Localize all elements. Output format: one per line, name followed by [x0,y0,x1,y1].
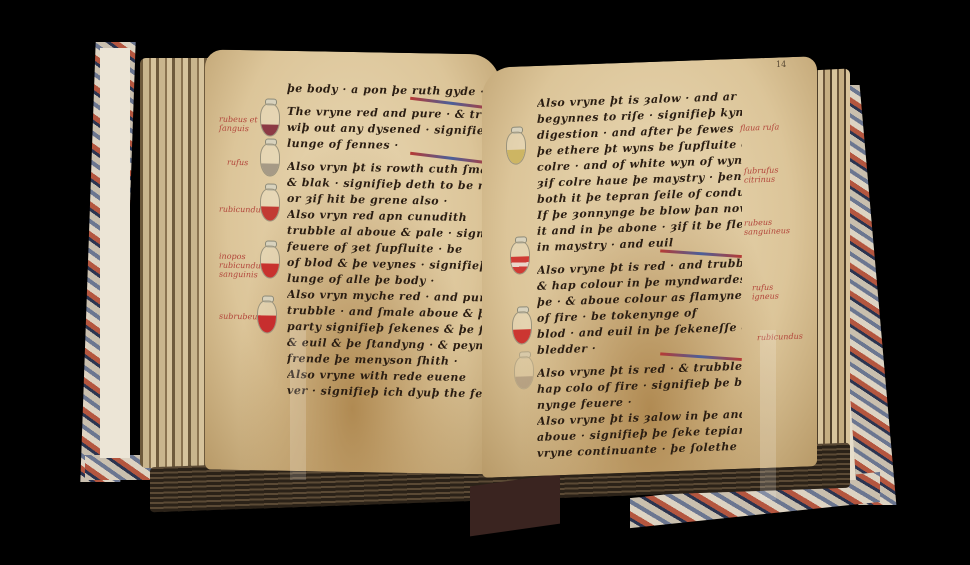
margin-note: inopos rubicundus sanguinis [219,252,259,280]
margin-note: rubicundus [219,205,259,215]
margin-note: flaua ruſa [740,122,795,133]
urine-flask-icon [512,306,532,345]
margin-note: rubeus sanguineus [744,217,789,237]
margin-note: rubeus et ſanguis [219,115,259,134]
right-page-text: Also vryne þt is ȝalow · and ar begynnes… [537,89,742,462]
text-line: þe body · a pon þe ruth gyde · [287,81,492,101]
margin-note: subrubeus [219,312,259,322]
urine-flask-icon [260,183,280,221]
margin-note: ſubrufus citrinus [744,165,789,185]
manuscript-photo: þe body · a pon þe ruth gyde · The vryne… [0,0,970,565]
urine-flask-icon [514,351,534,390]
mylar-strap [290,330,306,480]
left-page: þe body · a pon þe ruth gyde · The vryne… [205,49,500,474]
urine-flask-icon [257,295,277,333]
mylar-strap [760,330,776,500]
urine-flask-icon [510,236,530,275]
text-line: ver · signifieþ ich dyuþ the feue [287,383,492,403]
urine-flask-icon [506,126,526,165]
urine-flask-icon [260,98,280,136]
margin-note: rufus igneus [752,282,797,302]
flyleaf [100,48,130,458]
urine-flask-icon [260,240,280,278]
left-page-text: þe body · a pon þe ruth gyde · The vryne… [287,81,492,403]
folio-number: 14 [776,60,786,69]
urine-flask-icon [260,138,280,176]
